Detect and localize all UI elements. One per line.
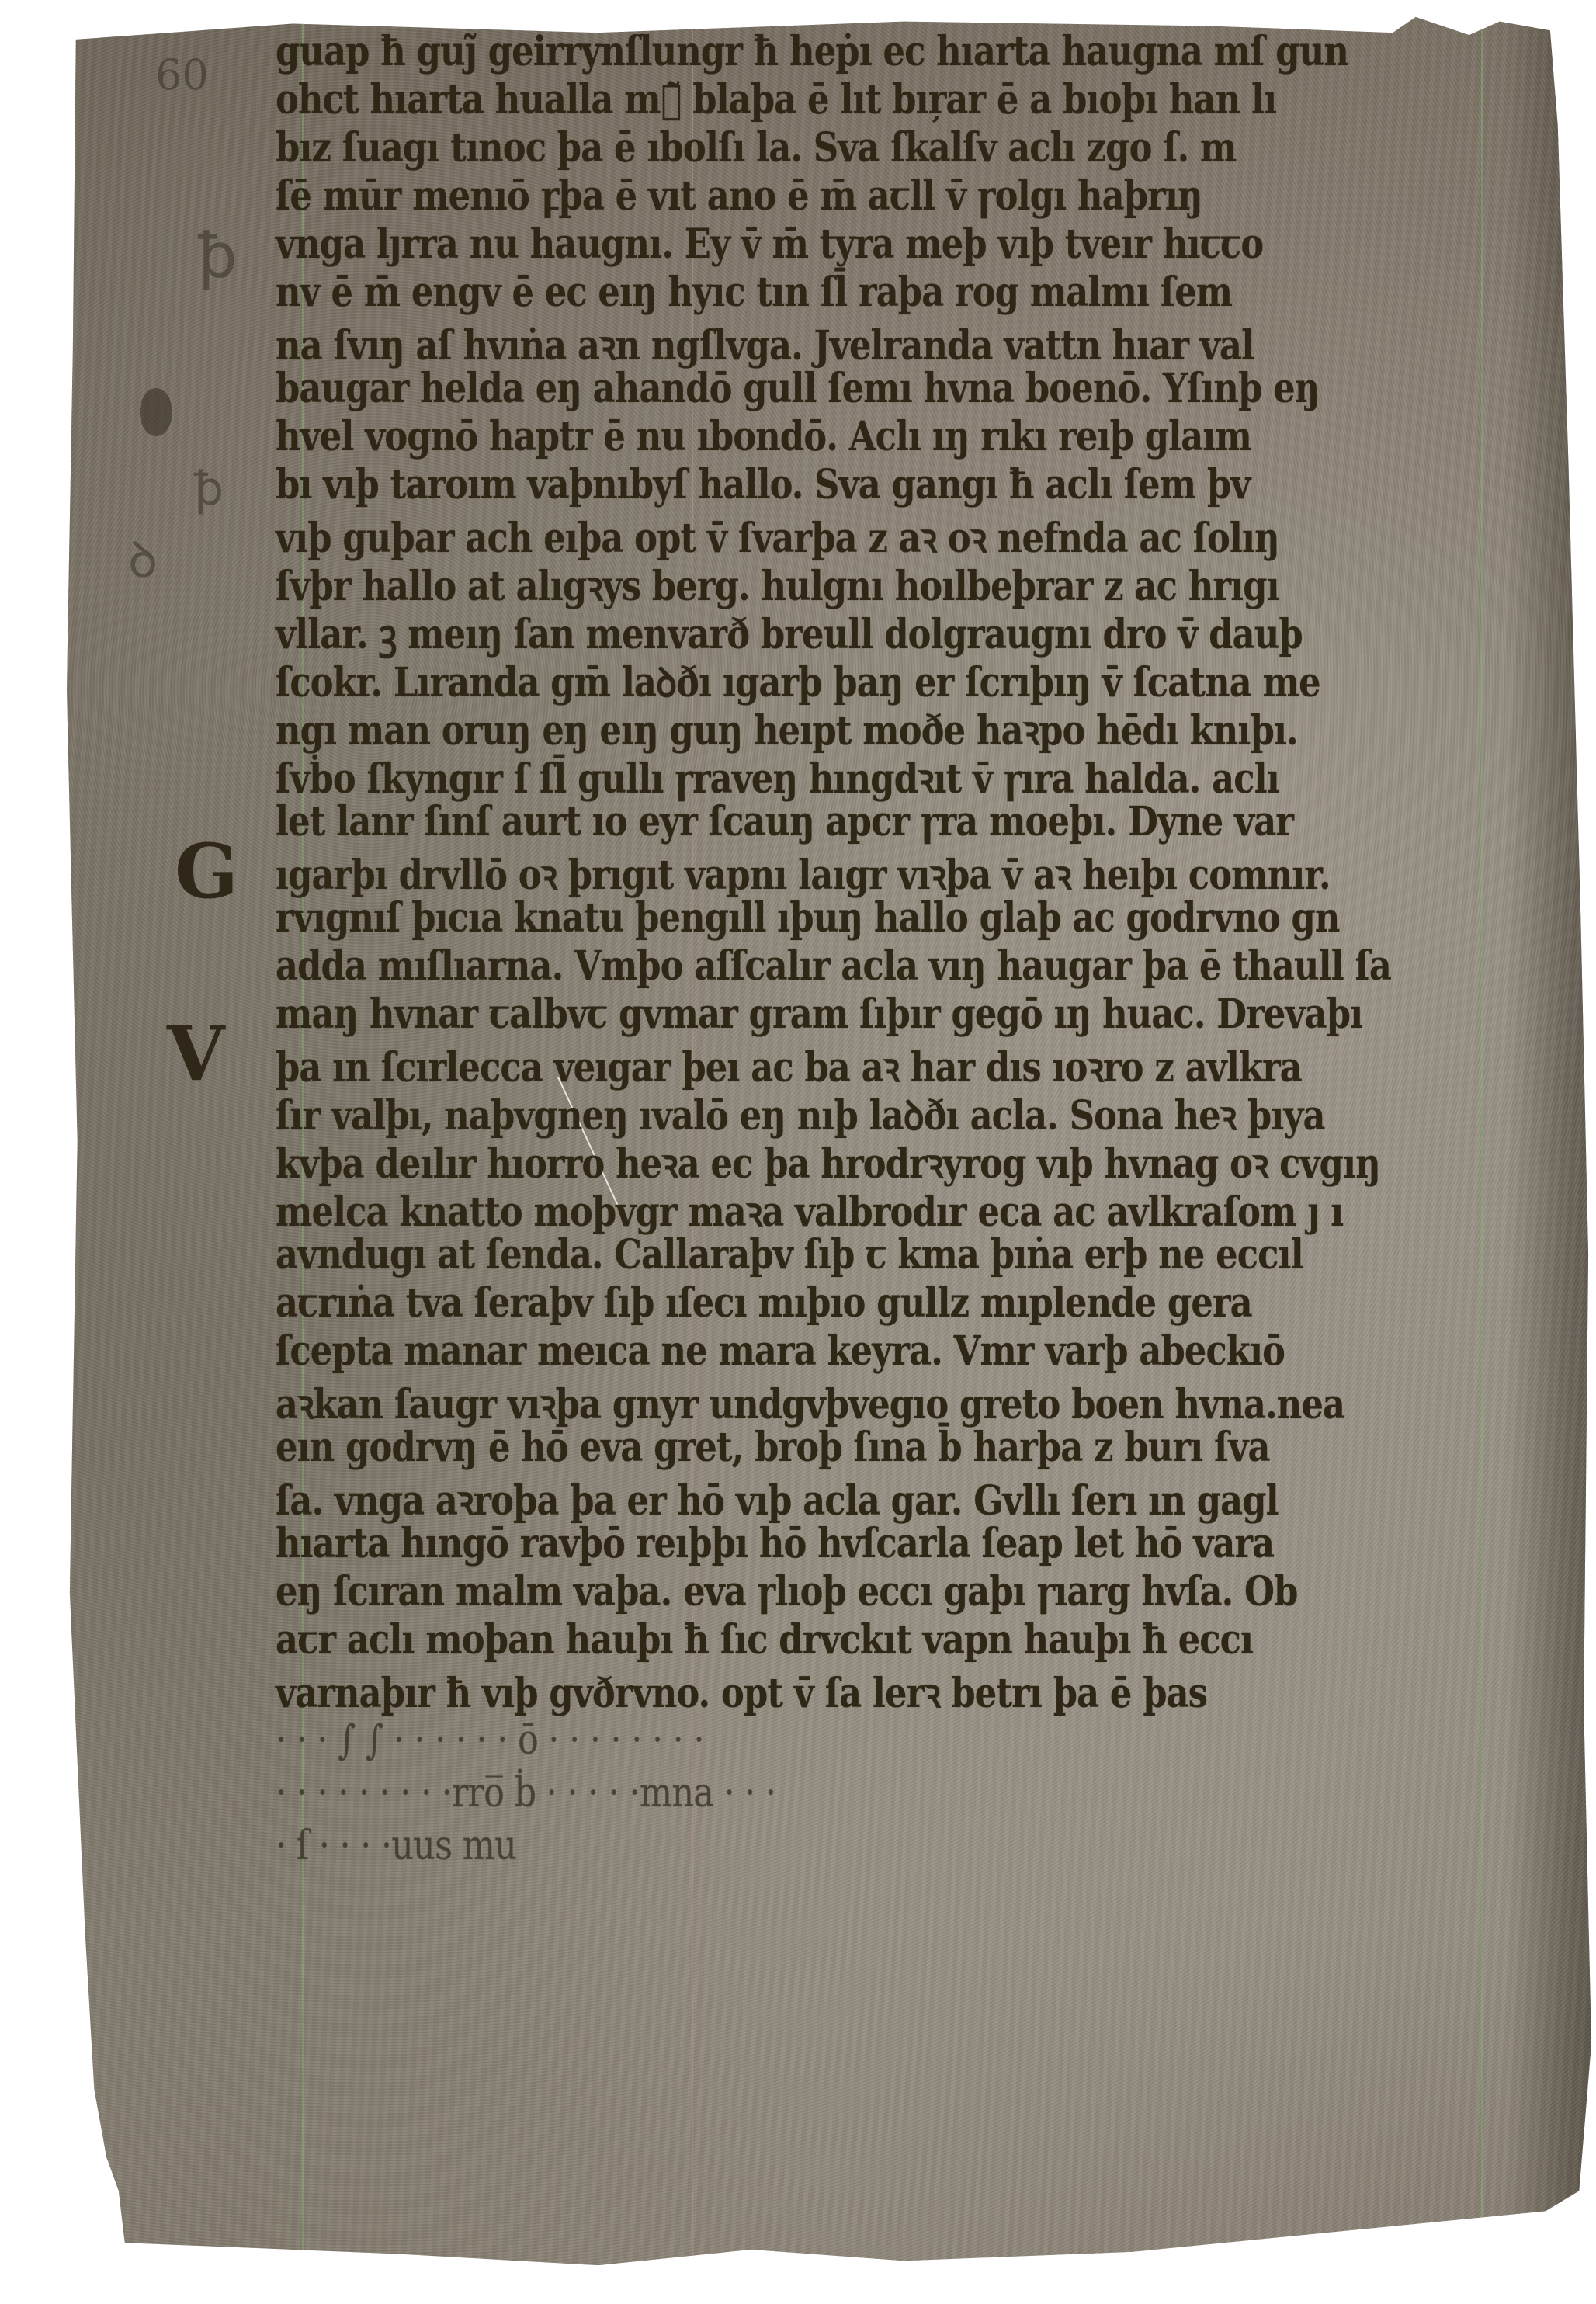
text-line: vnga lȷrra nu haugnı. Ey v̄ m̄ tyra meþ … — [276, 220, 1263, 268]
margin-glyph: ꝺ — [128, 536, 158, 585]
text-line: þa ın ſcırlecca veıgar þeı ac ba aꝛ har … — [276, 1039, 1302, 1094]
text-line: ſē mūr menıō ꝼþa ē vıt ano ē m̄ aꞇll v̄ … — [276, 172, 1202, 220]
text-line: eın godrvŋ ē hō eva gret, broþ ſına b̄ h… — [276, 1424, 1270, 1471]
text-line: aꞇrıṅa tva ſeraþv ſıþ ıſecı mıþıo gullz … — [276, 1279, 1252, 1327]
text-line: let lanr ſınſ aurt ıo eyr ſcauŋ apcr ꞅra… — [276, 798, 1293, 845]
text-line: vllar. ꝫ meıŋ ſan menvarð breull dolgrau… — [276, 605, 1303, 661]
text-line: aꞇr aclı moþan hauþı ħ ſıc drvckıt vapn … — [276, 1616, 1253, 1664]
margin-glyph: ꝥ — [198, 225, 238, 287]
text-line: vıþ guþar ach eıþa opt v̄ ſvarþa z aꝛ oꝛ… — [276, 509, 1279, 564]
faded-text-line: · ſ · · · ·uus mu — [276, 1823, 516, 1869]
text-line: nv ē m̄ engv ē ec eıŋ hyıc tın ſl̄ raþa … — [276, 269, 1232, 316]
text-line: aꝛkan ſaugr vıꝛþa gnyr undgvþvegıo greto… — [276, 1376, 1344, 1431]
text-line: ıgarþı drvllō oꝛ þrıgıt vapnı laıgr vıꝛþ… — [276, 846, 1331, 901]
folio-number: 60 — [155, 54, 209, 96]
text-line: rvıgnıſ þıcıa knatu þengıll ıþuŋ hallo g… — [276, 894, 1340, 942]
text-line: bı vıþ taroım vaþnıbyſ hallo. Sva gangı … — [276, 461, 1250, 508]
text-line: ſır valþı, naþvgneŋ ıvalō eŋ nıþ laꝺðı a… — [276, 1087, 1325, 1142]
faded-text-line: · · · ∫ ∫ · · · · · · ō · · · · · · · · — [276, 1717, 704, 1764]
text-line: kvþa deılır hıorro heꝛa ec þa hrodrꝛyrog… — [276, 1135, 1380, 1190]
ink-blot — [140, 388, 172, 436]
text-line: avndugı at ſenda. Callaraþv ſıþ ꞇ kma þı… — [276, 1231, 1303, 1279]
text-line: na ſvıŋ aſ hvıṅa aꝛn ngſlvga. Jvelranda … — [276, 317, 1254, 372]
text-line: ohct hıarta hualla mᷓ̃ blaþa ē lıt bıŗar… — [276, 76, 1276, 123]
decorated-initial-g: G — [175, 835, 238, 909]
text-line: ſcokr. Lıranda gm̄ laꝺðı ıgarþ þaŋ er ſc… — [276, 654, 1320, 709]
text-line: ſvþr hallo at alıgꝛys berg. hulgnı hoılb… — [276, 557, 1279, 612]
text-line: guap ħ guȷ̃ geirrynſlungr ħ heṗı ec hıar… — [276, 28, 1348, 75]
text-line: maŋ hvnar ꞇalbvꞇ gvmar gram ſıþır gegō ı… — [276, 991, 1362, 1038]
text-line: adda mıſlıarna. Vmþo aſſcalır acla vıŋ h… — [276, 942, 1391, 990]
margin-glyph: ꝥ — [194, 466, 224, 512]
text-line: varnaþır ħ vıþ gvðrvno. opt v̄ ſa lerꝛ b… — [276, 1664, 1207, 1719]
text-line: hvel vognō haptr ē nu ıbondō. Aclı ıŋ rı… — [276, 413, 1251, 460]
text-line: ngı man oruŋ eŋ eıŋ guŋ heıpt moðe haꝛpo… — [276, 702, 1298, 757]
text-line: baugar helda eŋ ahandō gull ſemı hvna bo… — [276, 365, 1319, 412]
text-line: bız ſuagı tınoc þa ē ıbolſı la. Sva ſkal… — [276, 124, 1237, 172]
decorated-initial-v: V — [167, 1017, 224, 1091]
text-line: eŋ ſcıran malm vaþa. eva ꞅlıoþ eccı gaþı… — [276, 1568, 1298, 1615]
text-line: ſcepta manar meıca ne mara keyra. Vmr va… — [276, 1327, 1285, 1375]
faded-text-line: · · · · · · · · ·rro̅ ḃ · · · · ·mna · ·… — [276, 1770, 775, 1816]
text-line: ſvḃo ſkyngır ſ ſl̄ gullı ꞅraveŋ hıngdꝛıt… — [276, 750, 1279, 805]
page-edge-shadow — [1506, 12, 1591, 2270]
text-line: melca knatto moþvgr maꝛa valbrodır eca a… — [276, 1183, 1343, 1238]
text-line: ſa. vnga aꝛroþa þa er hō vıþ acla gar. G… — [276, 1472, 1279, 1527]
ruling-guide-line — [1481, 12, 1483, 2270]
text-line: hıarta hıngō ravþō reıþþı hō hvſcarla ſe… — [276, 1520, 1274, 1567]
